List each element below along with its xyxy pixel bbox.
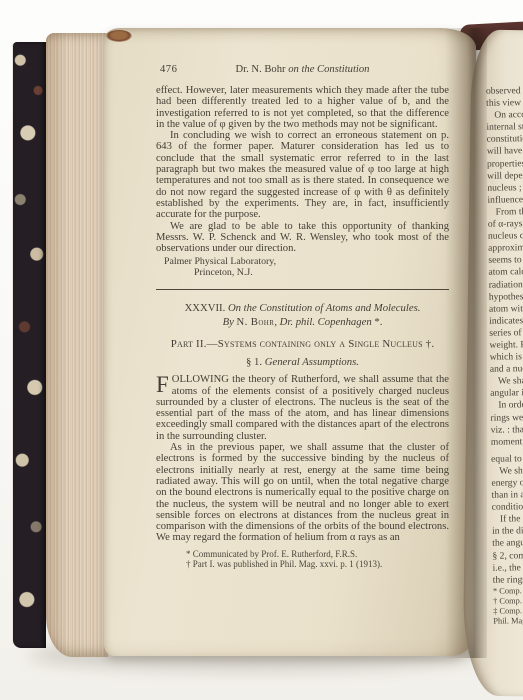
right-page-line: radiation †.	[489, 278, 523, 291]
right-page-line: If the charg	[492, 513, 523, 526]
right-page-line: this view be	[486, 97, 523, 110]
left-page: 476 Dr. N. Bohr on the Constitution effe…	[104, 28, 476, 656]
right-page-line: properties o	[487, 157, 523, 170]
right-page-line: which is the e	[490, 351, 523, 364]
right-page-line: We shall tak	[491, 464, 523, 477]
article-title: XXXVII. On the Constitution of Atoms and…	[156, 302, 449, 329]
running-head: Dr. N. Bohr on the Constitution	[236, 64, 370, 75]
right-page-line: i.e., the freque	[493, 561, 523, 574]
section-heading: § 1. General Assumptions.	[156, 357, 449, 368]
article-byline: By N. Bohr, Dr. phil. Copenhagen *.	[156, 316, 449, 330]
article-title-italic: On the Constitution of Atoms and Molecul…	[228, 302, 420, 314]
paragraph-concluding: In concluding we wish to correct an erro…	[156, 130, 449, 220]
right-page-line: of α-rays, l	[488, 218, 523, 231]
right-page-line: nucleus ; th	[487, 181, 523, 194]
right-page-line: will have n	[487, 145, 523, 158]
right-page-line: From the	[488, 206, 523, 219]
page-header: 476 Dr. N. Bohr on the Constitution	[156, 64, 449, 78]
right-page-line: nucleus corr	[488, 230, 523, 243]
footnote-communicated: * Communicated by Prof. E. Rutherford, F…	[186, 549, 449, 559]
right-page-footnote-line: † Comp. C. G. D	[493, 596, 523, 607]
article-number: XXXVII.	[185, 302, 228, 314]
running-head-roman: Dr. N. Bohr	[236, 64, 289, 75]
right-page-line: § 2, completely	[492, 549, 523, 562]
right-page-line: angular interv	[490, 387, 523, 400]
right-page-line: internal str	[486, 121, 523, 134]
part-heading: Part II.—Systems containing only a Singl…	[156, 339, 449, 350]
right-page-footnote-line: Phil. Mag. S. 6,	[493, 616, 523, 627]
paragraph-following: FOLLOWING the theory of Rutherford, we s…	[156, 374, 449, 442]
right-page-line: rings we shall	[490, 411, 523, 424]
right-page-line: In order to de	[490, 399, 523, 412]
right-page-line: indicates the	[489, 314, 523, 327]
signature-city: Princeton, N.J.	[194, 267, 449, 278]
right-page-footnote-line: * Comp. also G	[493, 585, 523, 596]
right-page-partial: observed ex this view be On accou intern…	[462, 30, 523, 697]
signature-laboratory: Palmer Physical Laboratory,	[164, 256, 449, 267]
section-title-italic: General Assumptions.	[265, 356, 359, 368]
footnote-part-one: † Part I. was published in Phil. Mag. xx…	[186, 559, 449, 569]
marbled-book-board	[13, 42, 46, 648]
right-page-line: weight. Fo	[489, 339, 523, 352]
right-page-line: atom calcula	[488, 266, 523, 279]
paragraph-thanks: We are glad to be able to take this oppo…	[156, 221, 449, 255]
page-number: 476	[160, 64, 177, 75]
page-edge-tear	[106, 30, 132, 42]
paragraph-effect: effect. However, later measurements whic…	[156, 85, 449, 130]
right-page-text: observed ex this view be On accou intern…	[486, 85, 523, 628]
right-page-line: the angular m	[492, 537, 523, 550]
running-head-italic: on the Constitution	[288, 64, 369, 75]
paragraph-previous-paper: As in the previous paper, we shall assum…	[156, 442, 449, 544]
drop-cap: F	[156, 374, 172, 394]
right-page-line: hypothesis ‡	[489, 290, 523, 303]
signature-block: Palmer Physical Laboratory, Princeton, N…	[156, 256, 449, 278]
right-page-line: than in any ne	[492, 489, 523, 502]
left-page-content: 476 Dr. N. Bohr on the Constitution effe…	[156, 64, 449, 570]
right-page-line: We shall a	[490, 375, 523, 388]
right-page-line: influence on	[487, 193, 523, 206]
right-page-line: series of elem	[489, 326, 523, 339]
right-page-line: momentum of	[491, 435, 523, 448]
footnotes-block: * Communicated by Prof. E. Rutherford, F…	[186, 549, 449, 570]
section-number: § 1.	[246, 356, 265, 368]
byline-by: By	[223, 316, 237, 328]
right-page-line: approximatel	[488, 242, 523, 255]
right-page-line: in the different	[492, 525, 523, 538]
byline-degree-place: Dr. phil. Copenhagen	[280, 316, 372, 328]
right-page-footnote-line: ‡ Comp. A. v. d	[493, 606, 523, 617]
page-edges-stack	[46, 33, 108, 657]
right-page-line: the rings. Con	[493, 573, 523, 586]
right-page-line: constitution	[487, 133, 523, 146]
byline-author-name: N. Bohr	[237, 316, 275, 328]
right-page-line: energy of the	[491, 477, 523, 490]
right-page-line: observed ex	[486, 85, 523, 98]
right-page-line: viz. : that in	[491, 423, 523, 436]
right-page-line: will depend	[487, 169, 523, 182]
right-page-line: condition of th	[492, 501, 523, 514]
right-page-line: seems to be	[488, 254, 523, 267]
right-page-footnotes: * Comp. also G † Comp. C. G. D ‡ Comp. A…	[493, 585, 523, 627]
section-divider-rule	[156, 289, 449, 290]
byline-footnote-star: *.	[372, 316, 383, 328]
right-page-line: equal to the un	[491, 452, 523, 465]
right-page-line: atom with a	[489, 302, 523, 315]
following-caps: OLLOWING	[172, 374, 229, 385]
right-page-line: and a nucleus	[490, 363, 523, 376]
right-page-line: On accou	[486, 109, 523, 122]
right-page-lower-text: We shall tak energy of the than in any n…	[491, 464, 523, 627]
